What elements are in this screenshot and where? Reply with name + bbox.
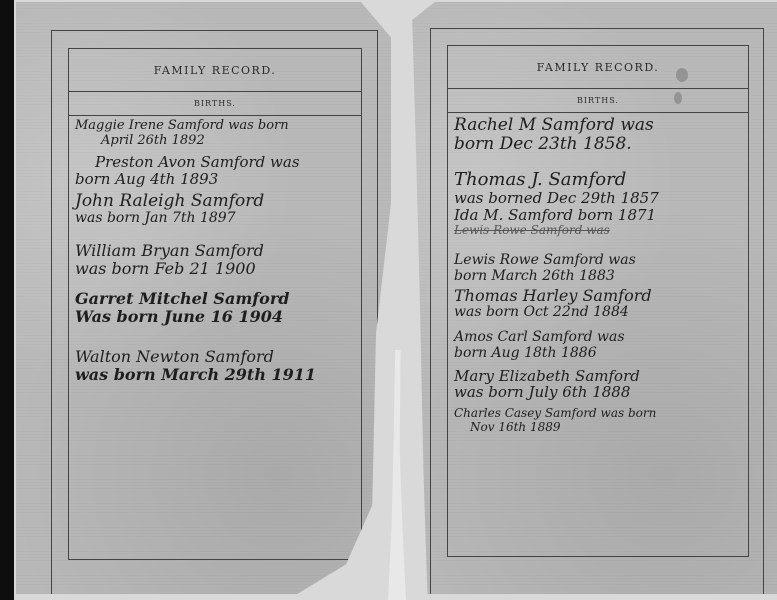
birth-entry: Thomas Harley Samford was born Oct 22nd … [454,287,744,321]
entry-date-line: was born Feb 21 1900 [75,260,357,278]
entry-date-line: Nov 16th 1889 [454,421,744,434]
record-frame: FAMILY RECORD. BIRTHS. Rachel M Samford … [447,45,749,557]
entry-date-line: was born July 6th 1888 [454,384,744,401]
entry-name-line: Ida M. Samford born 1871 [454,207,744,224]
entry-date-line: was born Jan 7th 1897 [75,211,357,227]
birth-entry: Preston Avon Samford was born Aug 4th 18… [75,154,357,188]
entry-date-line: born March 26th 1883 [454,269,744,285]
left-page: FAMILY RECORD. BIRTHS. Maggie Irene Samf… [16,2,391,594]
birth-entries: Maggie Irene Samford was born April 26th… [75,119,357,384]
birth-entry: Amos Carl Samford was born Aug 18th 1886 [454,330,744,361]
page-title: FAMILY RECORD. [69,49,361,92]
entry-name-line: Rachel M Samford was [454,116,744,135]
entry-date-line: April 26th 1892 [75,134,357,149]
birth-entry: Ida M. Samford born 1871 [454,207,744,224]
scan-border [0,0,14,600]
entry-name-line: William Bryan Samford [75,242,357,260]
entry-date-line: Was born June 16 1904 [75,308,357,326]
entry-name-line: Lewis Rowe Samford was [454,224,744,237]
birth-entry: Rachel M Samford was born Dec 23th 1858. [454,116,744,154]
section-heading: BIRTHS. [448,88,748,113]
entry-name-line: Preston Avon Samford was [75,154,357,171]
birth-entry: Walton Newton Samford was born March 29t… [75,348,357,384]
birth-entry: Garret Mitchel Samford Was born June 16 … [75,290,357,326]
birth-entry: Maggie Irene Samford was born April 26th… [75,119,357,148]
entry-name-line: Lewis Rowe Samford was [454,253,744,269]
entry-date-line: was borned Dec 29th 1857 [454,190,744,207]
entry-name-line: Garret Mitchel Samford [75,290,357,308]
entry-date-line: born Aug 18th 1886 [454,346,744,362]
entry-date-line: born Aug 4th 1893 [75,171,357,188]
section-heading: BIRTHS. [69,91,361,116]
birth-entry: Charles Casey Samford was born Nov 16th … [454,407,744,434]
entry-name-line: Thomas J. Samford [454,170,744,190]
entry-date-line: born Dec 23th 1858. [454,135,744,154]
entry-name-line: Walton Newton Samford [75,348,357,366]
record-frame: FAMILY RECORD. BIRTHS. Maggie Irene Samf… [68,48,362,560]
birth-entry: Mary Elizabeth Samford was born July 6th… [454,368,744,402]
entry-name-line: Thomas Harley Samford [454,287,744,305]
birth-entry: John Raleigh Samford was born Jan 7th 18… [75,192,357,227]
birth-entry: Lewis Rowe Samford was born March 26th 1… [454,253,744,284]
entry-name-line: Mary Elizabeth Samford [454,368,744,385]
page-tear [388,350,406,600]
entry-name-line: Amos Carl Samford was [454,330,744,346]
birth-entries: Rachel M Samford was born Dec 23th 1858.… [454,116,744,434]
birth-entry: William Bryan Samford was born Feb 21 19… [75,242,357,278]
entry-date-line: was born March 29th 1911 [75,366,357,384]
ink-stain [674,92,682,104]
entry-date-line: was born Oct 22nd 1884 [454,305,744,321]
page-title: FAMILY RECORD. [448,46,748,89]
right-page: FAMILY RECORD. BIRTHS. Rachel M Samford … [397,2,777,594]
entry-name-line: John Raleigh Samford [75,192,357,211]
entry-name-line: Maggie Irene Samford was born [75,119,357,134]
ink-stain [676,68,688,82]
struck-entry: Lewis Rowe Samford was [454,224,744,237]
entry-name-line: Charles Casey Samford was born [454,407,744,420]
birth-entry: Thomas J. Samford was borned Dec 29th 18… [454,170,744,207]
